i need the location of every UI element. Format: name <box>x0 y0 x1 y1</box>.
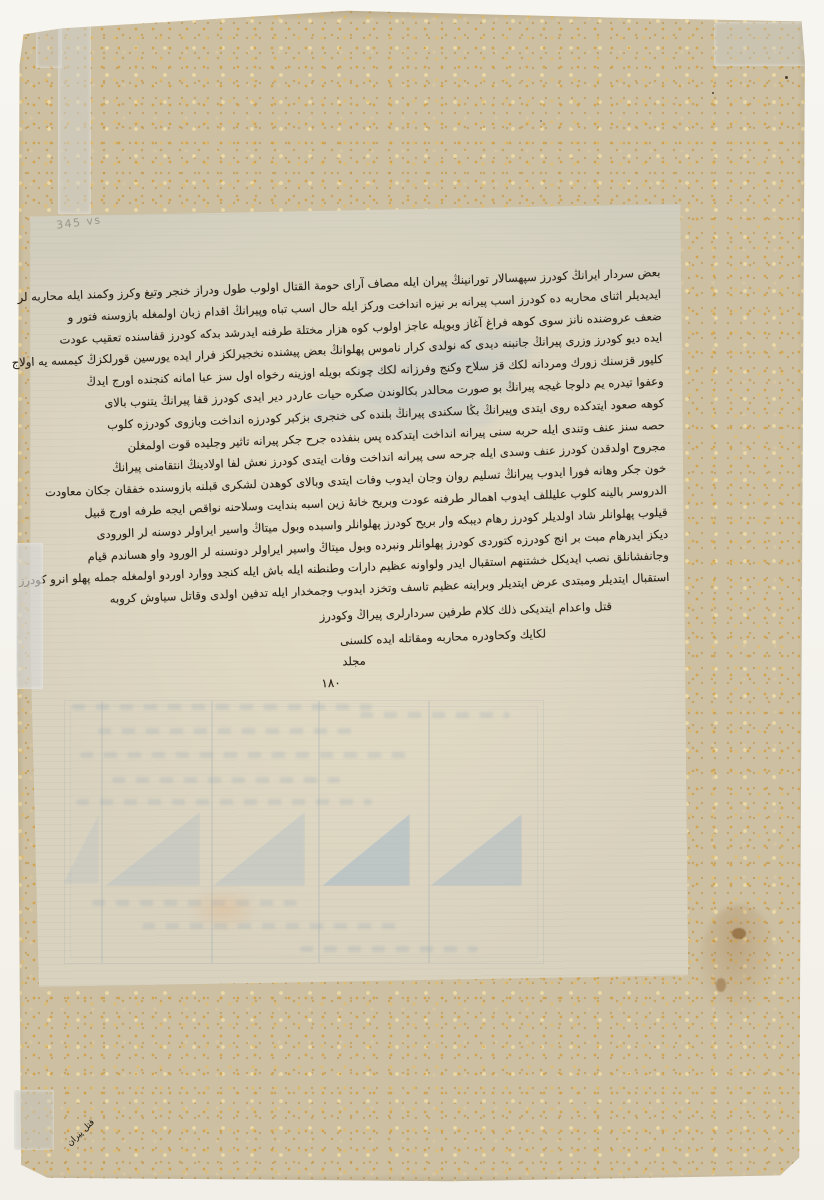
speck <box>712 92 714 94</box>
catchword: مجلد <box>324 653 384 669</box>
stain <box>716 978 726 992</box>
stain <box>732 928 746 939</box>
stain <box>700 905 778 1023</box>
tape-strip-bottom-left <box>14 1090 54 1150</box>
ghost-text-row <box>300 946 478 952</box>
stain <box>188 886 260 932</box>
showthrough-column-rule <box>428 701 430 963</box>
ghost-text-row <box>76 799 372 805</box>
ghost-text-row <box>360 712 510 718</box>
ghost-text-row <box>112 777 340 783</box>
text-block: بعض سردار ايرانڭ كودرز سپهسالار تورانينڭ… <box>62 262 669 607</box>
speck <box>785 76 788 79</box>
page-number: ١٨٠ <box>308 675 354 691</box>
speck <box>540 120 542 122</box>
ghost-text-row <box>142 923 404 929</box>
tape-strip-top-left <box>58 18 91 214</box>
ghost-text-row <box>72 704 372 710</box>
ghost-text-row <box>80 752 415 758</box>
photograph-backdrop: 345 vs بعض سردار ايرانڭ كودرز سپهسالار ت… <box>0 0 824 1200</box>
ghost-text-row <box>98 728 353 734</box>
tape-strip-top-left-cap <box>36 16 62 68</box>
showthrough-column-rule <box>101 701 103 963</box>
tape-strip-top-right <box>714 22 820 66</box>
tape-strip-left-middle <box>16 543 43 689</box>
